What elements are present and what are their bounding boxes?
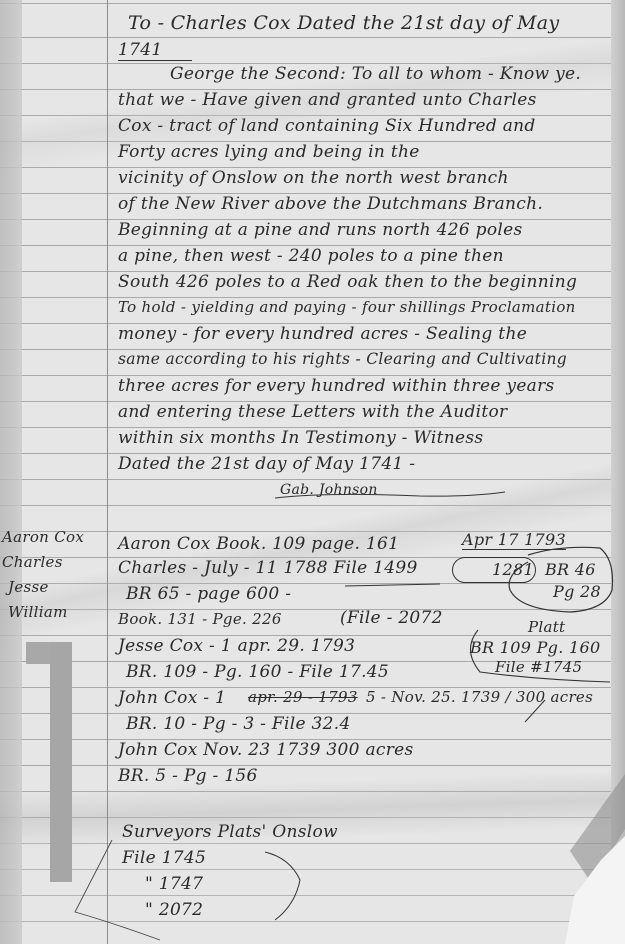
margin-note: Jesse: [8, 578, 49, 596]
record-line: John Cox - 1: [118, 688, 226, 708]
tape-residue-mark: [26, 642, 71, 882]
record-line: Jesse Cox - 1 apr. 29. 1793: [118, 636, 355, 656]
platt-ref: BR 109 Pg. 160: [470, 638, 600, 657]
record-line: Aaron Cox Book. 109 page. 161: [118, 534, 399, 554]
record-note: (File - 2072: [340, 608, 443, 628]
body-line: and entering these Letters with the Audi…: [118, 402, 507, 422]
record-line: BR. 109 - Pg. 160 - File 17.45: [126, 662, 389, 682]
plats-file: " 1747: [145, 874, 203, 894]
plats-file: File 1745: [122, 848, 206, 868]
body-line: that we - Have given and granted unto Ch…: [118, 90, 537, 110]
platt-label: Platt: [528, 618, 565, 636]
margin-note: Charles: [2, 553, 63, 571]
plats-title: Surveyors Plats' Onslow: [122, 822, 338, 842]
body-line: vicinity of Onslow on the north west bra…: [118, 168, 509, 188]
record-line: Book. 131 - Pge. 226: [118, 610, 282, 628]
margin-line: [107, 0, 108, 944]
body-line: George the Second: To all to whom - Know…: [170, 64, 581, 84]
record-line: BR. 10 - Pg - 3 - File 32.4: [126, 714, 351, 734]
heading-line-1: To - Charles Cox Dated the 21st day of M…: [128, 12, 559, 34]
body-line: Beginning at a pine and runs north 426 p…: [118, 220, 523, 240]
body-line: Forty acres lying and being in the: [118, 142, 420, 162]
record-line: BR 65 - page 600 -: [126, 584, 291, 604]
platt-ref: File #1745: [495, 658, 582, 676]
record-line: BR. 5 - Pg - 156: [118, 766, 258, 786]
record-after: 5 - Nov. 25. 1739 / 300 acres: [366, 688, 593, 706]
record-circled: Pg 28: [553, 582, 601, 601]
body-line: To hold - yielding and paying - four shi…: [118, 298, 576, 316]
heading-year: 1741: [118, 40, 192, 61]
body-line: of the New River above the Dutchmans Bra…: [118, 194, 543, 214]
body-line: money - for every hundred acres - Sealin…: [118, 324, 527, 344]
record-struck: apr. 29 - 1793: [248, 688, 358, 706]
record-line: John Cox Nov. 23 1739 300 acres: [118, 740, 414, 760]
body-line: three acres for every hundred within thr…: [118, 376, 555, 396]
body-line: same according to his rights - Clearing …: [118, 350, 567, 368]
body-line: Cox - tract of land containing Six Hundr…: [118, 116, 536, 136]
record-note: Apr 17 1793: [462, 530, 566, 550]
signature: Gab. Johnson: [280, 482, 378, 498]
record-box-outline: [452, 557, 536, 583]
record-line: Charles - July - 11 1788 File 1499: [118, 558, 418, 578]
margin-note: William: [8, 603, 68, 621]
margin-note: Aaron Cox: [2, 528, 84, 546]
scan-edge-left: [0, 0, 22, 944]
plats-file: " 2072: [145, 900, 203, 920]
body-line: South 426 poles to a Red oak then to the…: [118, 272, 577, 292]
body-line: a pine, then west - 240 poles to a pine …: [118, 246, 504, 266]
record-circled: BR 46: [545, 560, 596, 579]
body-line: Dated the 21st day of May 1741 -: [118, 454, 415, 474]
body-line: within six months In Testimony - Witness: [118, 428, 483, 448]
